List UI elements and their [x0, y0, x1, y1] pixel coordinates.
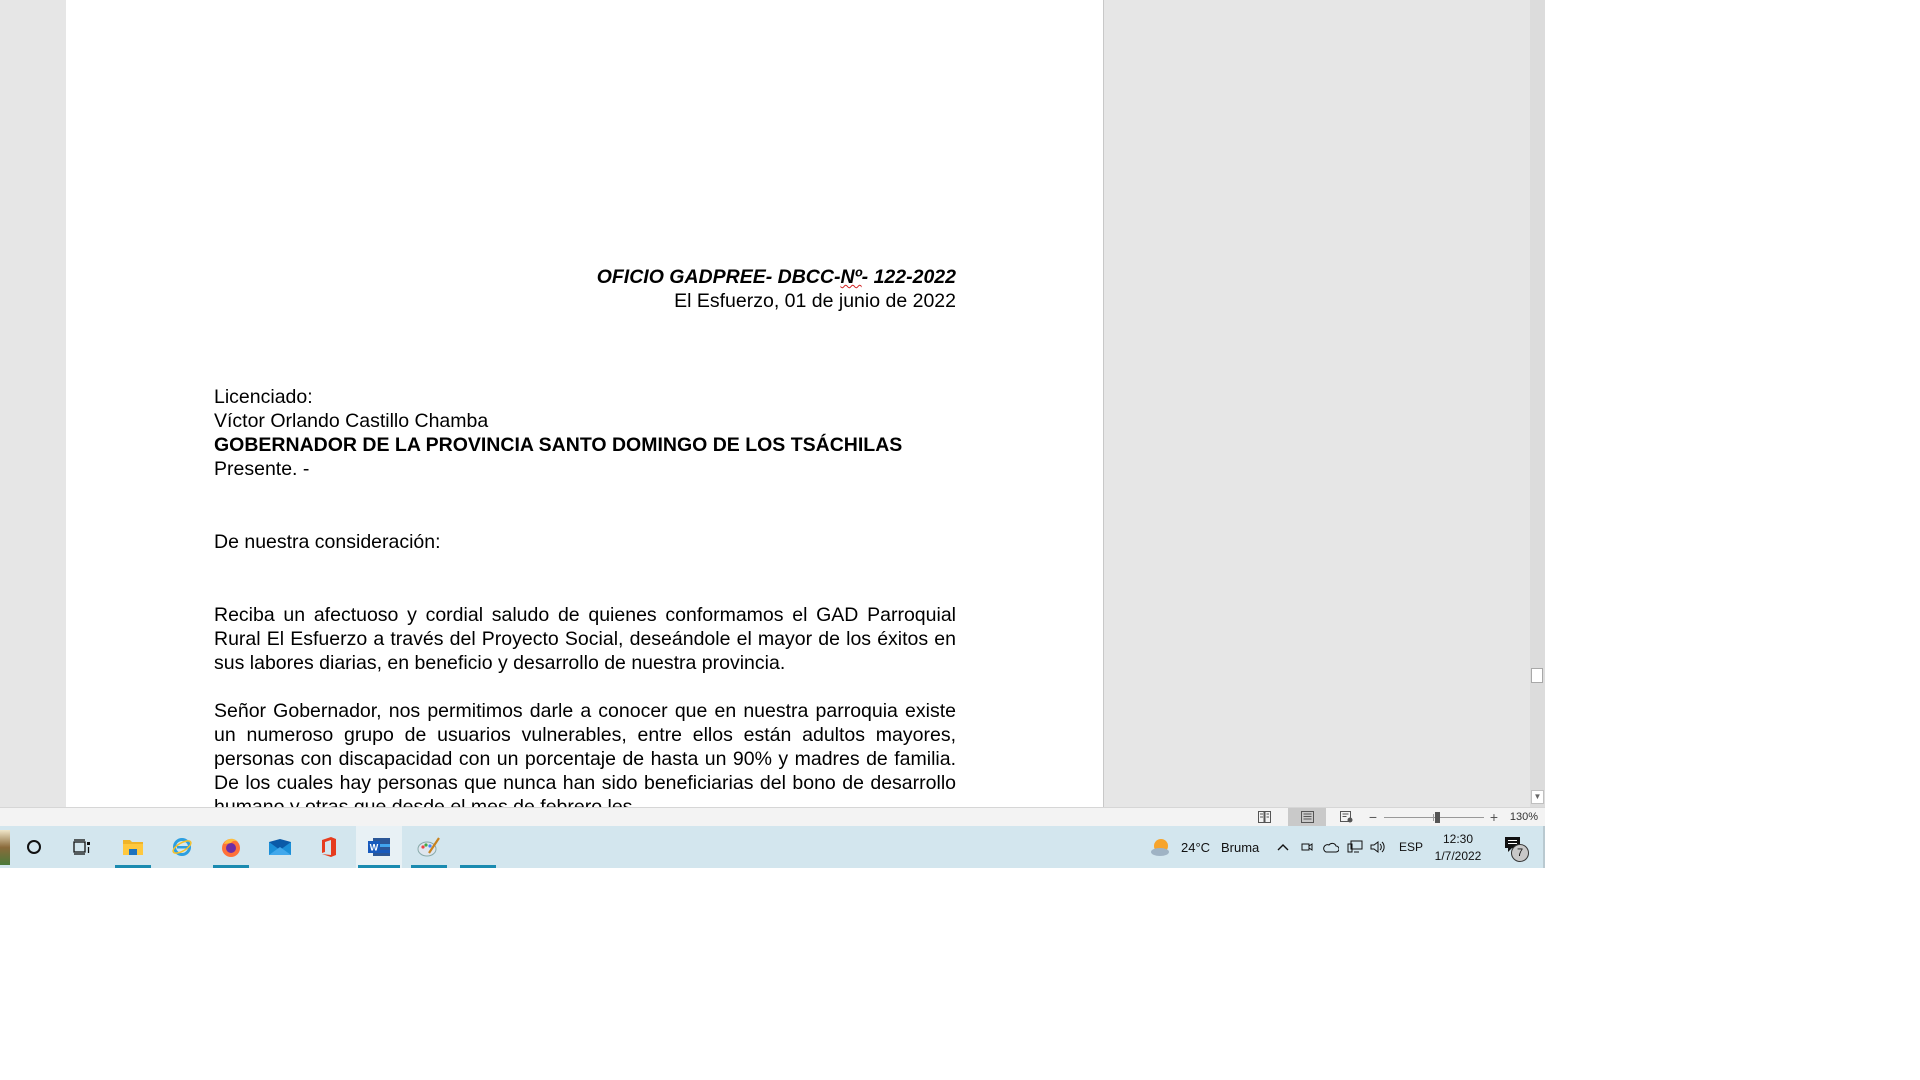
zoom-in-button[interactable]: + — [1487, 808, 1501, 826]
taskbar-office[interactable] — [309, 826, 349, 868]
recipient-closing: Presente. - — [214, 457, 956, 481]
clock-date: 1/7/2022 — [1426, 848, 1490, 865]
reference-block: OFICIO GADPREE- DBCC-Nº- 122-2022 El Esf… — [214, 265, 956, 313]
firefox-icon — [220, 836, 242, 858]
zoom-slider-thumb[interactable] — [1435, 812, 1440, 823]
camera-icon — [1300, 840, 1314, 854]
document-page[interactable]: OFICIO GADPREE- DBCC-Nº- 122-2022 El Esf… — [66, 0, 1104, 807]
weather-condition[interactable]: Bruma — [1221, 826, 1259, 868]
taskbar-mail[interactable] — [260, 826, 300, 868]
greeting: De nuestra consideración: — [214, 530, 956, 554]
svg-text:W: W — [370, 843, 379, 853]
taskbar: W 24°C Bruma ESP 12:30 1/7/2022 — [0, 826, 1545, 868]
show-desktop-button[interactable] — [1543, 826, 1545, 868]
reference-code-prefix: OFICIO GADPREE- DBCC- — [597, 266, 841, 288]
mail-icon — [268, 838, 292, 856]
place-date: El Esfuerzo, 01 de junio de 2022 — [214, 289, 956, 313]
weather-sun-cloud-icon — [1149, 837, 1173, 857]
taskbar-word[interactable]: W — [356, 826, 402, 868]
weather-widget[interactable] — [1147, 826, 1175, 868]
zoom-out-button[interactable]: − — [1366, 808, 1380, 826]
web-layout-icon — [1340, 811, 1353, 823]
web-layout-button[interactable] — [1334, 808, 1358, 826]
document-canvas: OFICIO GADPREE- DBCC-Nº- 122-2022 El Esf… — [0, 0, 1530, 807]
zoom-slider[interactable] — [1384, 817, 1484, 818]
word-icon: W — [367, 837, 391, 857]
meet-now-tray[interactable] — [1298, 826, 1316, 868]
paragraph-1: Reciba un afectuoso y cordial saludo de … — [214, 603, 956, 675]
notification-count-badge: 7 — [1511, 844, 1529, 862]
read-mode-button[interactable] — [1252, 808, 1276, 826]
taskbar-internet-explorer[interactable] — [162, 826, 202, 868]
ie-icon — [171, 836, 193, 858]
taskbar-paint[interactable] — [409, 826, 449, 868]
recipient-name: Víctor Orlando Castillo Chamba — [214, 409, 956, 433]
clock-time: 12:30 — [1426, 831, 1490, 848]
recipient-title: Licenciado: — [214, 385, 956, 409]
folder-icon — [122, 838, 144, 856]
onedrive-tray[interactable] — [1321, 826, 1341, 868]
zoom-level[interactable]: 130% — [1506, 808, 1542, 826]
cortana-circle-icon — [26, 839, 42, 855]
paragraph-2: Señor Gobernador, nos permitimos darle a… — [214, 699, 956, 807]
word-window: OFICIO GADPREE- DBCC-Nº- 122-2022 El Esf… — [0, 0, 1545, 868]
zoom-slider-center-mark — [1433, 814, 1434, 821]
network-icon — [1347, 840, 1363, 854]
page-icon — [1301, 811, 1314, 823]
recipient-block: Licenciado: Víctor Orlando Castillo Cham… — [214, 385, 956, 481]
language-indicator[interactable]: ESP — [1399, 826, 1423, 868]
taskbar-extra-window[interactable] — [458, 826, 498, 868]
print-layout-button[interactable] — [1288, 808, 1326, 826]
scroll-down-arrow-icon[interactable]: ▼ — [1531, 790, 1544, 804]
start-thumbnail[interactable] — [0, 830, 10, 865]
task-view-button[interactable] — [62, 826, 102, 868]
vertical-scrollbar[interactable]: ▼ — [1530, 0, 1545, 807]
taskbar-file-explorer[interactable] — [113, 826, 153, 868]
office-icon — [320, 836, 338, 858]
reference-code-suffix: - 122-2022 — [862, 266, 956, 288]
spellcheck-flagged-word[interactable]: Nº — [840, 266, 861, 288]
status-bar: − + 130% — [0, 807, 1545, 826]
search-button[interactable] — [14, 826, 54, 868]
speaker-icon — [1370, 840, 1386, 854]
chevron-up-icon — [1277, 843, 1289, 851]
recipient-position: GOBERNADOR DE LA PROVINCIA SANTO DOMINGO… — [214, 433, 956, 457]
network-tray[interactable] — [1345, 826, 1365, 868]
scrollbar-thumb[interactable] — [1531, 668, 1543, 683]
clock[interactable]: 12:30 1/7/2022 — [1426, 831, 1490, 865]
show-hidden-icons-button[interactable] — [1274, 826, 1292, 868]
taskbar-firefox[interactable] — [211, 826, 251, 868]
paint-icon — [417, 836, 441, 858]
weather-temperature[interactable]: 24°C — [1181, 826, 1210, 868]
cloud-icon — [1323, 842, 1339, 853]
task-view-icon — [73, 839, 91, 855]
book-icon — [1258, 811, 1271, 823]
reference-code: OFICIO GADPREE- DBCC-Nº- 122-2022 — [214, 265, 956, 289]
volume-tray[interactable] — [1368, 826, 1388, 868]
